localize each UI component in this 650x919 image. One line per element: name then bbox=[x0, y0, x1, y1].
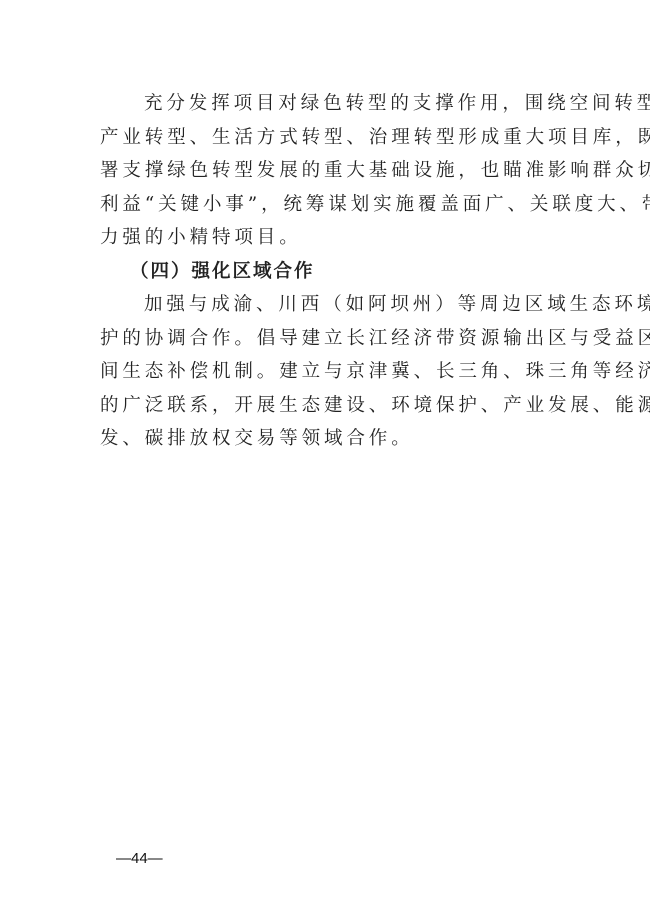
paragraph-regional-cooperation: 加强与成渝、川西（如阿坝州）等周边区域生态环境保 护的协调合作。倡导建立长江经济… bbox=[100, 288, 552, 456]
text-line: 力强的小精特项目。 bbox=[100, 221, 552, 255]
page-number: —44— bbox=[116, 850, 163, 867]
text-line: 护的协调合作。倡导建立长江经济带资源输出区与受益区之 bbox=[100, 322, 552, 356]
text-line: 加强与成渝、川西（如阿坝州）等周边区域生态环境保 bbox=[100, 288, 552, 322]
text-line: 充分发挥项目对绿色转型的支撑作用，围绕空间转型、 bbox=[100, 87, 552, 121]
body-text: 充分发挥项目对绿色转型的支撑作用，围绕空间转型、 产业转型、生活方式转型、治理转… bbox=[100, 87, 552, 456]
text-line: 发、碳排放权交易等领域合作。 bbox=[100, 422, 552, 456]
text-line: 间生态补偿机制。建立与京津冀、长三角、珠三角等经济区 bbox=[100, 355, 552, 389]
text-line: 的广泛联系，开展生态建设、环境保护、产业发展、能源开 bbox=[100, 389, 552, 423]
section-heading: （四）强化区域合作 bbox=[100, 255, 552, 289]
document-page: 充分发挥项目对绿色转型的支撑作用，围绕空间转型、 产业转型、生活方式转型、治理转… bbox=[0, 0, 650, 919]
text-line: 署支撑绿色转型发展的重大基础设施，也瞄准影响群众切身 bbox=[100, 154, 552, 188]
text-line: 产业转型、生活方式转型、治理转型形成重大项目库，既部 bbox=[100, 121, 552, 155]
paragraph-green-transition-projects: 充分发挥项目对绿色转型的支撑作用，围绕空间转型、 产业转型、生活方式转型、治理转… bbox=[100, 87, 552, 255]
text-line: 利益“关键小事”，统筹谋划实施覆盖面广、关联度大、带动 bbox=[100, 188, 552, 222]
